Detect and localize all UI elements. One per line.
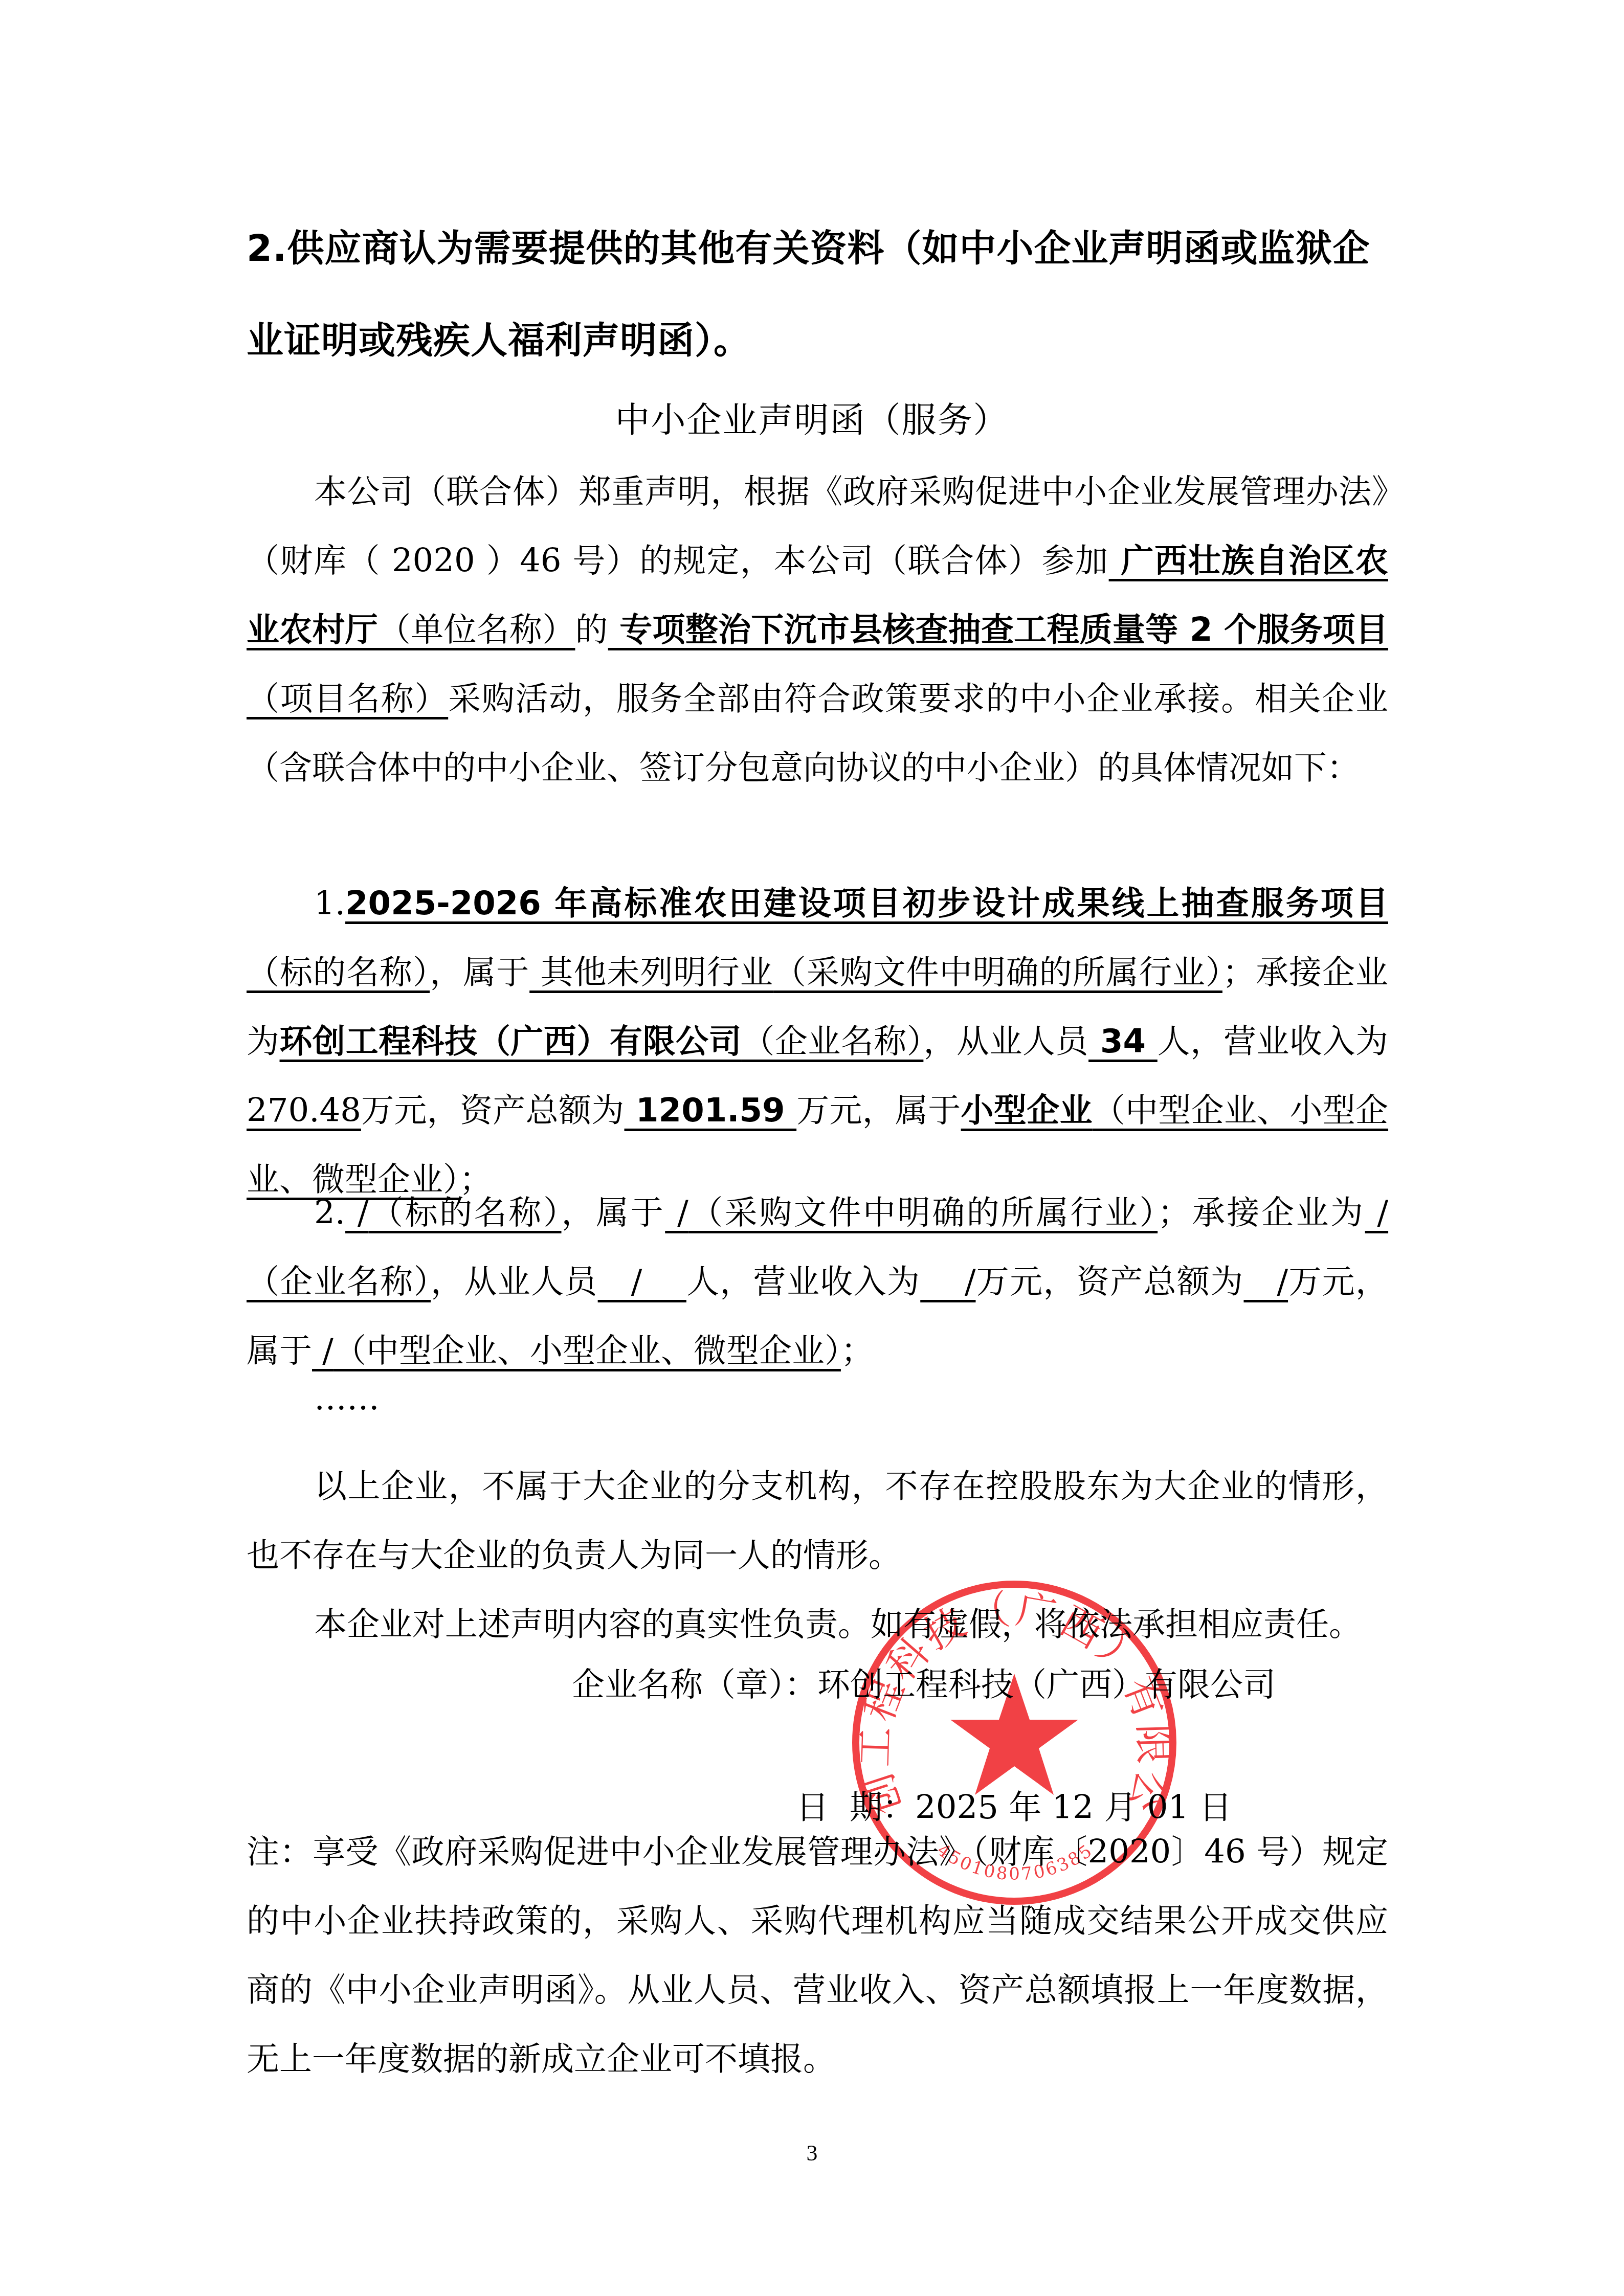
text-contractor: ；承接企业为 xyxy=(1158,1194,1365,1232)
subject-name: / xyxy=(345,1194,368,1232)
enterprise-item-2: 2. /（标的名称），属于 /（采购文件中明确的所属行业）；承接企业为 /（企业… xyxy=(247,1179,1388,1386)
industry: 其他未列明行业 xyxy=(529,954,773,992)
industry: / xyxy=(665,1194,688,1232)
signature-company: 环创工程科技（广西）有限公司 xyxy=(817,1666,1276,1704)
enterprise-type: 小型企业 xyxy=(961,1092,1093,1130)
text-type: 万元，属于 xyxy=(796,1092,961,1130)
enterprise-item-1: 1.2025-2026 年高标准农田建设项目初步设计成果线上抽查服务项目（标的名… xyxy=(247,869,1388,1214)
letter-title: 中小企业声明函（服务） xyxy=(0,393,1624,442)
company-name: 环创工程科技（广西）有限公司 xyxy=(280,1023,742,1061)
page-number: 3 xyxy=(0,2140,1624,2166)
text-revenue: 人，营业收入为 xyxy=(686,1263,920,1301)
text-assets: 万元，资产总额为 xyxy=(361,1092,625,1130)
intro-text-2: 的 xyxy=(575,611,608,649)
text-belongs: ，属于 xyxy=(562,1194,665,1232)
project-hint: （项目名称） xyxy=(247,680,448,718)
subject-name: 2025-2026 年高标准农田建设项目初步设计成果线上抽查服务项目 xyxy=(345,885,1388,922)
intro-paragraph: 本公司（联合体）郑重声明，根据《政府采购促进中小企业发展管理办法》（财库（ 20… xyxy=(247,458,1388,803)
subject-hint: （标的名称） xyxy=(369,1194,562,1232)
industry-hint: （采购文件中明确的所属行业） xyxy=(773,954,1222,992)
section-heading-line-1: 2.供应商认为需要提供的其他有关资料（如中小企业声明函或监狱企 xyxy=(247,202,1388,294)
assets-value: / xyxy=(1243,1263,1288,1301)
company-name: / xyxy=(1365,1194,1388,1232)
statement-1-text: 以上企业，不属于大企业的分支机构，不存在控股股东为大企业的情形，也不存在与大企业… xyxy=(247,1452,1388,1590)
section-heading: 2.供应商认为需要提供的其他有关资料（如中小企业声明函或监狱企 业证明或残疾人福… xyxy=(247,202,1388,386)
text-revenue: 人，营业收入为 xyxy=(1158,1023,1388,1061)
ellipsis: …… xyxy=(247,1364,1388,1433)
industry-hint: （采购文件中明确的所属行业） xyxy=(688,1194,1158,1232)
signature-label: 企业名称（章）： xyxy=(572,1666,817,1704)
section-heading-line-2: 业证明或残疾人福利声明函）。 xyxy=(247,294,1388,386)
item-number: 2. xyxy=(314,1194,345,1232)
company-hint: （企业名称） xyxy=(742,1023,923,1061)
assets-value: 1201.59 xyxy=(625,1092,797,1130)
statement-truthfulness: 本企业对上述声明内容的真实性负责。如有虚假，将依法承担相应责任。 xyxy=(247,1590,1388,1659)
text-assets: 万元，资产总额为 xyxy=(976,1263,1244,1301)
purchaser-hint: （单位名称） xyxy=(378,611,575,649)
project-name: 专项整治下沉市县核查抽查工程质量等 2 个服务项目 xyxy=(608,611,1388,649)
revenue-value: 270.48 xyxy=(247,1092,361,1130)
item-number: 1. xyxy=(314,885,345,922)
statement-2-text: 本企业对上述声明内容的真实性负责。如有虚假，将依法承担相应责任。 xyxy=(247,1590,1388,1659)
staff-count: / xyxy=(598,1263,686,1301)
subject-hint: （标的名称） xyxy=(247,954,430,992)
signature-company-line: 企业名称（章）：环创工程科技（广西）有限公司 xyxy=(572,1659,1276,1710)
statement-not-branch: 以上企业，不属于大企业的分支机构，不存在控股股东为大企业的情形，也不存在与大企业… xyxy=(247,1452,1388,1590)
document-page: 2.供应商认为需要提供的其他有关资料（如中小企业声明函或监狱企 业证明或残疾人福… xyxy=(0,0,1624,2296)
text-staff: ，从业人员 xyxy=(923,1023,1088,1061)
ellipsis-text: …… xyxy=(247,1364,1388,1433)
footnote: 注：享受《政府采购促进中小企业发展管理办法》（财库〔2020〕46 号）规定的中… xyxy=(247,1818,1388,2094)
text-staff: ，从业人员 xyxy=(431,1263,598,1301)
text-belongs: ，属于 xyxy=(430,954,529,992)
company-hint: （企业名称） xyxy=(247,1263,431,1301)
footnote-text: 注：享受《政府采购促进中小企业发展管理办法》（财库〔2020〕46 号）规定的中… xyxy=(247,1818,1388,2094)
revenue-value: / xyxy=(920,1263,975,1301)
staff-count: 34 xyxy=(1088,1023,1158,1061)
